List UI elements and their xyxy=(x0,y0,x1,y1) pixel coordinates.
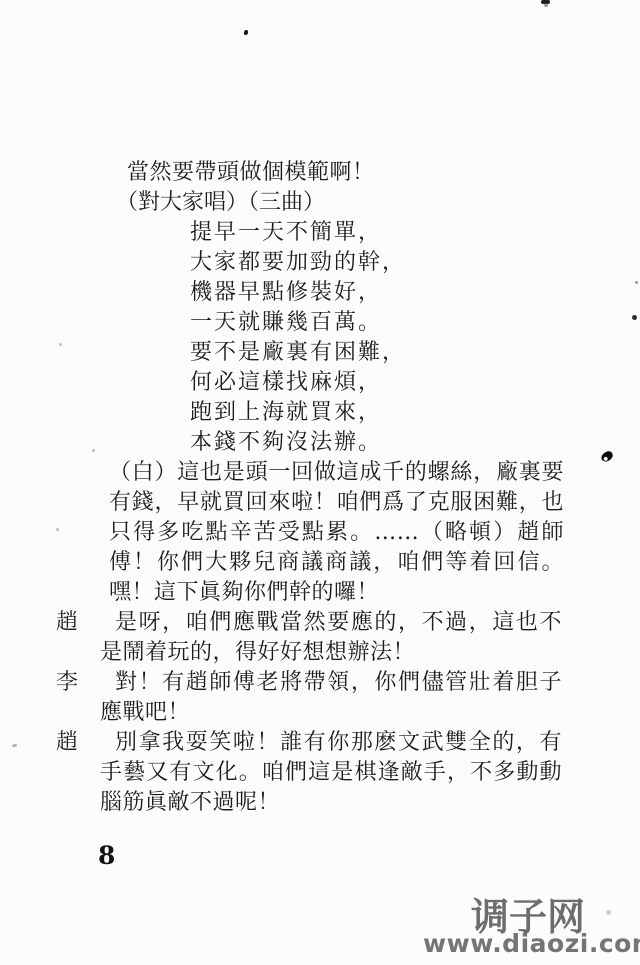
dialogue-row: 趙 別拿我耍笑啦！誰有你那麽文武雙全的，有手藝又有文化。咱們這是棋逢敵手，不多動… xyxy=(78,728,562,818)
stage-direction: （對大家唱）（三曲） xyxy=(116,188,564,218)
scan-speck xyxy=(12,743,18,747)
speaker-label: 趙 xyxy=(56,608,96,638)
speech-continuation-line: 當然要帶頭做個模範啊！ xyxy=(127,158,564,188)
verse-line: 何必這樣找麻煩， xyxy=(190,368,564,398)
verse-line: 要不是廠裏有困難， xyxy=(190,338,564,368)
ink-blot xyxy=(600,450,615,463)
spoken-paragraph: （白）這也是頭一回做這成千的螺絲，廠裏要有錢，早就買回來啦！咱們爲了克服困難，也… xyxy=(109,458,564,608)
scan-speck xyxy=(59,343,62,346)
scan-speck xyxy=(243,30,248,36)
scan-speck xyxy=(56,528,59,531)
verse-line: 跑到上海就買來， xyxy=(190,398,564,428)
verse-line: 提早一天不簡單， xyxy=(190,218,564,248)
scan-speck xyxy=(635,281,638,284)
speech-text: 別拿我耍笑啦！誰有你那麽文武雙全的，有手藝又有文化。咱們這是棋逢敵手，不多動動腦… xyxy=(100,728,562,818)
speaker-label: 李 xyxy=(56,668,96,698)
verse-line: 大家都要加勁的幹， xyxy=(190,248,564,278)
watermark-site-url: www.diaozi.com xyxy=(423,929,640,958)
speaker-label: 趙 xyxy=(56,728,96,758)
scan-speck xyxy=(632,315,637,320)
speech-text: 對！有趙師傅老將帶領，你們儘管壯着胆子應戰吧！ xyxy=(100,668,562,728)
speech-text: 是呀，咱們應戰當然要應的，不過，這也不是鬧着玩的，得好好想想辦法！ xyxy=(100,608,562,668)
verse-line: 本錢不夠沒法辦。 xyxy=(190,428,564,458)
dialogue-row: 李 對！有趙師傅老將帶領，你們儘管壯着胆子應戰吧！ xyxy=(78,668,562,728)
dialogue-row: 趙 是呀，咱們應戰當然要應的，不過，這也不是鬧着玩的，得好好想想辦法！ xyxy=(78,608,562,668)
scan-speck xyxy=(606,910,611,915)
scan-speck xyxy=(544,3,548,7)
verse-line: 一天就賺幾百萬。 xyxy=(190,308,564,338)
page-number: 8 xyxy=(98,841,115,870)
verse-line: 機器早點修裝好， xyxy=(190,278,564,308)
verse-block: 提早一天不簡單， 大家都要加勁的幹， 機器早點修裝好， 一天就賺幾百萬。 要不是… xyxy=(190,218,564,458)
book-page: 當然要帶頭做個模範啊！ （對大家唱）（三曲） 提早一天不簡單， 大家都要加勁的幹… xyxy=(0,0,640,965)
script-text-column: 當然要帶頭做個模範啊！ （對大家唱）（三曲） 提早一天不簡單， 大家都要加勁的幹… xyxy=(78,158,564,818)
